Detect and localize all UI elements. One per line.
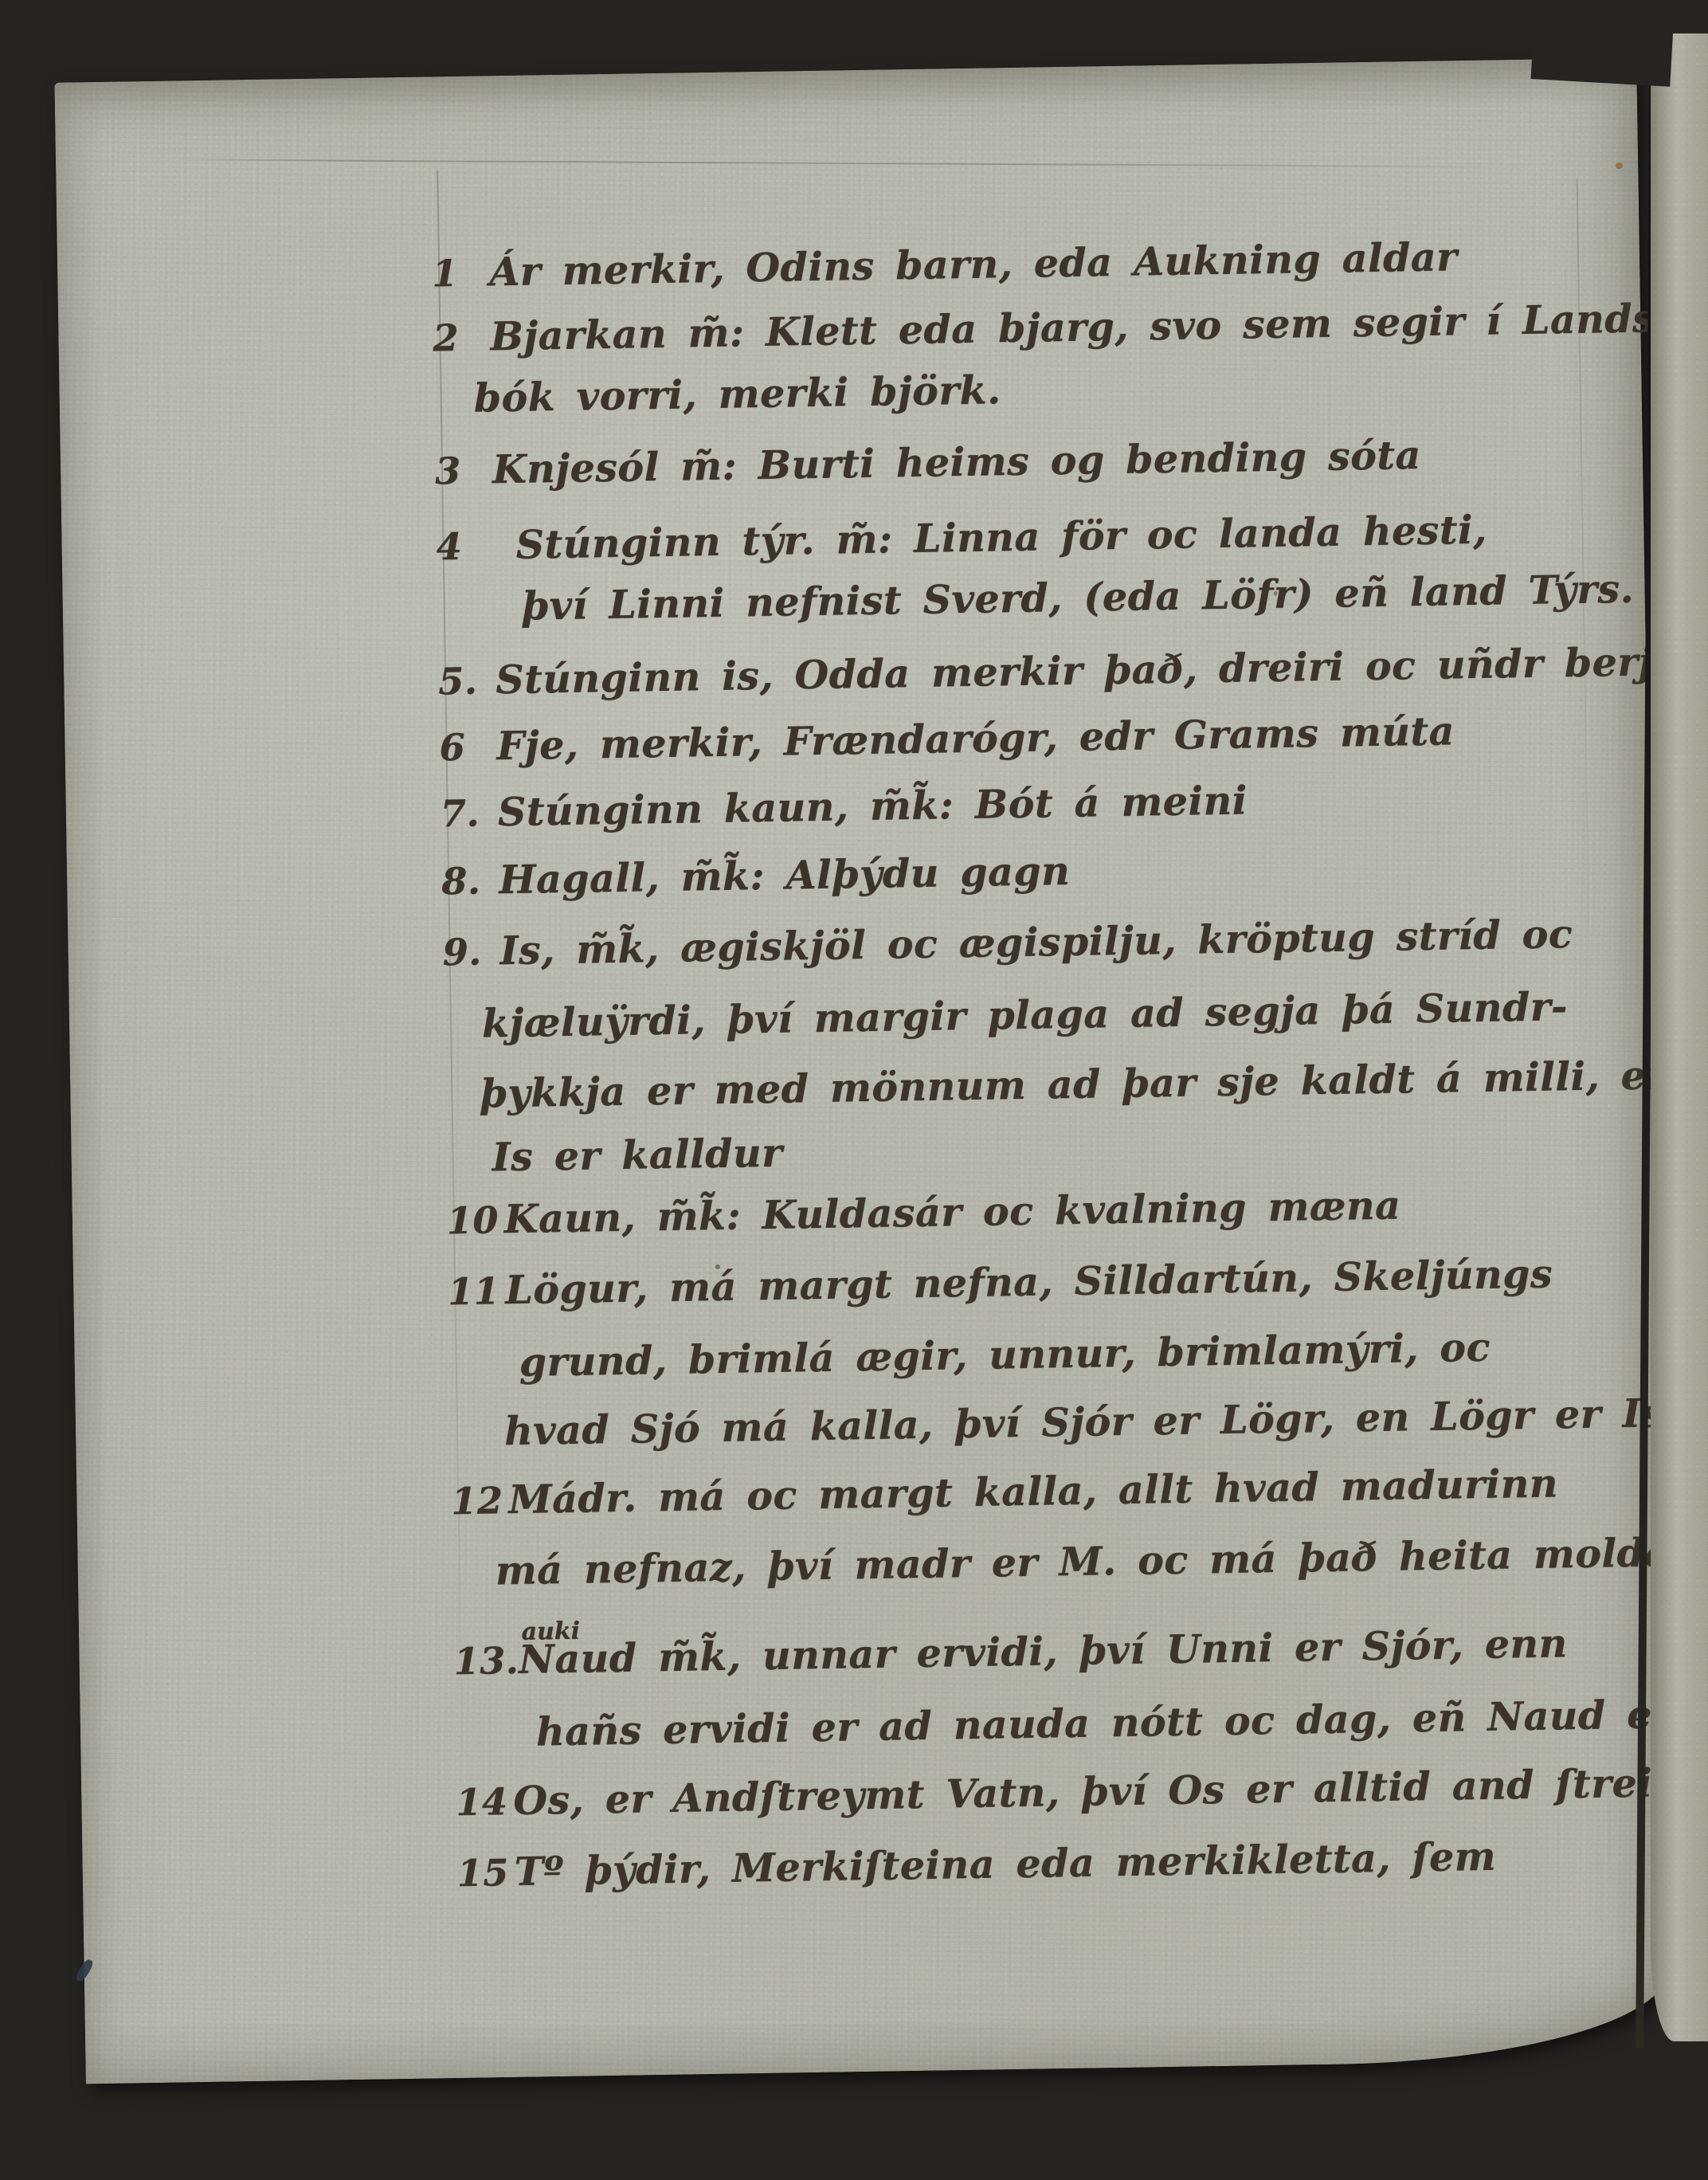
line-text: Fje, merkir, Frændarógr, edr Grams múta	[496, 700, 1455, 776]
ink-speck	[1466, 1791, 1473, 1798]
photo-backdrop: 1 Ár merkir, Odins barn, eda Aukning ald…	[0, 0, 1708, 2180]
line-text-content: Bjarkan m̃: Klett eda bjarg, svo sem seg…	[490, 293, 1708, 359]
line-text-content: Hagall, m̃k̃: Alþýdu gagn	[499, 848, 1071, 903]
ruled-top-line	[175, 159, 1530, 168]
line-text-content: hañs ervidi er ad nauda nótt oc dag, eñ …	[536, 1690, 1708, 1755]
line-text-content: Stúnginn kaun, m̃k̃: Bót á meini	[497, 777, 1248, 835]
line-text-content: Knjesól m̃: Burti heims og bending sóta	[492, 432, 1421, 492]
line-text: hañs ervidi er ad nauda nótt oc dag, eñ …	[535, 1683, 1708, 1762]
line-text-content: Mádr. má oc margt kalla, allt hvad madur…	[508, 1460, 1558, 1523]
manuscript-line: 14 Os, er Andſtreymt Vatn, því Os er all…	[456, 1752, 1675, 1833]
text-block: 1 Ár merkir, Odins barn, eda Aukning ald…	[432, 223, 1677, 1904]
line-number: 3	[435, 440, 493, 501]
line-text-content: Is, m̃k̃, ægiskjöl oc ægispilju, kröptug…	[499, 911, 1573, 974]
manuscript-line: grund, brimlá ægir, unnur, brimlamýri, o…	[449, 1314, 1668, 1394]
line-number: 10	[446, 1190, 504, 1251]
line-text: má nefnaz, því madr er M. oc má það heit…	[495, 1522, 1691, 1602]
manuscript-line: 7. Stúnginn kaun, m̃k̃: Bót á meini	[440, 763, 1659, 844]
line-text-content: Kaun, m̃k̃: Kuldasár oc kvalning mæna	[503, 1182, 1400, 1242]
line-text-content: kjæluÿrdi, því margir plaga ad segja þá …	[482, 983, 1569, 1046]
line-text-content: Os, er Andſtreymt Vatn, því Os er alltid…	[513, 1759, 1708, 1824]
manuscript-page: 1 Ár merkir, Odins barn, eda Aukning ald…	[54, 58, 1667, 2084]
ink-speck	[715, 1264, 720, 1269]
line-text-content: má nefnaz, því madr er M. oc má það heit…	[495, 1529, 1691, 1594]
line-text-content: því Linni nefnist Sverd, (eda Löfr) eñ l…	[521, 566, 1634, 629]
line-number: 8.	[441, 850, 499, 912]
gutter-shadow	[1531, 0, 1676, 87]
line-text-content: Naud m̃k̃, unnar ervidi, því Unni er Sjó…	[519, 1620, 1568, 1683]
line-number: 13.	[453, 1630, 519, 1692]
line-text: Is, m̃k̃, ægiskjöl oc ægispilju, kröptug…	[499, 904, 1573, 981]
line-text-content: Is er kalldur	[492, 1130, 783, 1181]
line-text: grund, brimlá ægir, unnur, brimlamýri, o…	[519, 1317, 1491, 1393]
line-text-content: Stúnginn is, Odda merkir það, dreiri oc …	[496, 638, 1679, 703]
manuscript-line: 3 Knjesól m̃: Burti heims og bending sót…	[434, 421, 1654, 501]
line-number: 12	[451, 1470, 509, 1531]
line-text-content: hvad Sjó má kalla, því Sjór er Lögr, en …	[504, 1390, 1664, 1454]
ink-speck	[1274, 591, 1278, 596]
line-number: 9.	[442, 921, 500, 982]
line-text: aukiNaud m̃k̃, unnar ervidi, því Unni er…	[518, 1613, 1568, 1690]
line-text: Knjesól m̃: Burti heims og bending sóta	[492, 425, 1421, 500]
line-text-content: Tº þýdir, Merkiſteina eda merkikletta, ſ…	[514, 1833, 1496, 1895]
line-number: 6	[439, 716, 497, 778]
line-number	[455, 1746, 512, 1747]
adjacent-page-edge	[1651, 33, 1708, 2041]
line-text-content: Ár merkir, Odins barn, eda Aukning aldar	[489, 233, 1458, 295]
line-text: Is er kalldur	[492, 1123, 783, 1188]
line-number: 15	[456, 1842, 515, 1904]
manuscript-line: 11 Lögur, má margt nefna, Silldartún, Sk…	[448, 1241, 1667, 1322]
line-text: Lögur, má margt nefna, Silldartún, Skelj…	[505, 1243, 1553, 1320]
line-text: Os, er Andſtreymt Vatn, því Os er alltid…	[513, 1751, 1708, 1831]
interlinear-insert: auki	[521, 1602, 581, 1663]
manuscript-line: 9. Is, m̃k̃, ægiskjöl oc ægispilju, kröp…	[442, 902, 1662, 982]
line-text: kjæluÿrdi, því margir plaga ad segja þá …	[481, 976, 1568, 1053]
line-text-content: grund, brimlá ægir, unnur, brimlamýri, o…	[519, 1324, 1491, 1386]
line-text-content: þykkja er med mönnum ad þar sje kaldt á …	[480, 1051, 1704, 1116]
manuscript-line: 15 Tº þýdir, Merkiſteina eda merkikletta…	[456, 1823, 1676, 1904]
line-number	[437, 620, 495, 621]
manuscript-line: 13. aukiNaud m̃k̃, unnar ervidi, því Unn…	[453, 1611, 1673, 1692]
manuscript-line: hvad Sjó má kalla, því Sjór er Lögr, en …	[449, 1382, 1669, 1462]
line-number: 14	[456, 1771, 514, 1833]
line-text-content: Fje, merkir, Frændarógr, edr Grams múta	[496, 708, 1455, 769]
line-number	[450, 1445, 507, 1445]
line-text: Mádr. má oc margt kalla, allt hvad madur…	[508, 1453, 1559, 1530]
line-text-content: Stúnginn týr. m̃: Linna för oc landa hes…	[515, 507, 1487, 568]
manuscript-line: kjæluÿrdi, því margir plaga ad segja þá …	[443, 974, 1663, 1054]
line-number: 11	[448, 1261, 506, 1322]
manuscript-line: má nefnaz, því madr er M. oc má það heit…	[452, 1522, 1671, 1602]
line-text: Tº þýdir, Merkiſteina eda merkikletta, ſ…	[514, 1826, 1496, 1902]
manuscript-line: 12 Mádr. má oc margt kalla, allt hvad ma…	[451, 1451, 1671, 1531]
manuscript-line: hañs ervidi er ad nauda nótt oc dag, eñ …	[454, 1684, 1674, 1763]
line-number: 7.	[440, 782, 498, 844]
line-text: bók vorri, merki björk.	[473, 359, 1001, 428]
manuscript-line: 8. Hagall, m̃k̃: Alþýdu gagn	[441, 831, 1661, 912]
line-text: Stúnginn kaun, m̃k̃: Bót á meini	[497, 770, 1248, 842]
line-number: 4	[436, 516, 494, 577]
line-text: Kaun, m̃k̃: Kuldasár oc kvalning mæna	[503, 1174, 1401, 1249]
line-text: Ár merkir, Odins barn, eda Aukning aldar	[489, 226, 1458, 302]
line-number: 1	[432, 242, 490, 304]
line-text: Hagall, m̃k̃: Alþýdu gagn	[499, 841, 1071, 910]
ink-speck	[1616, 163, 1623, 169]
line-text-content: Lögur, má margt nefna, Silldartún, Skelj…	[505, 1250, 1553, 1313]
line-text-content: bók vorri, merki björk.	[473, 367, 1001, 421]
line-text: Stúnginn is, Odda merkir það, dreiri oc …	[496, 631, 1679, 710]
line-number: 2	[433, 307, 491, 368]
line-number	[449, 1376, 507, 1377]
line-number: 5.	[438, 650, 496, 712]
line-text: hvad Sjó má kalla, því Sjór er Lögr, en …	[503, 1382, 1663, 1461]
